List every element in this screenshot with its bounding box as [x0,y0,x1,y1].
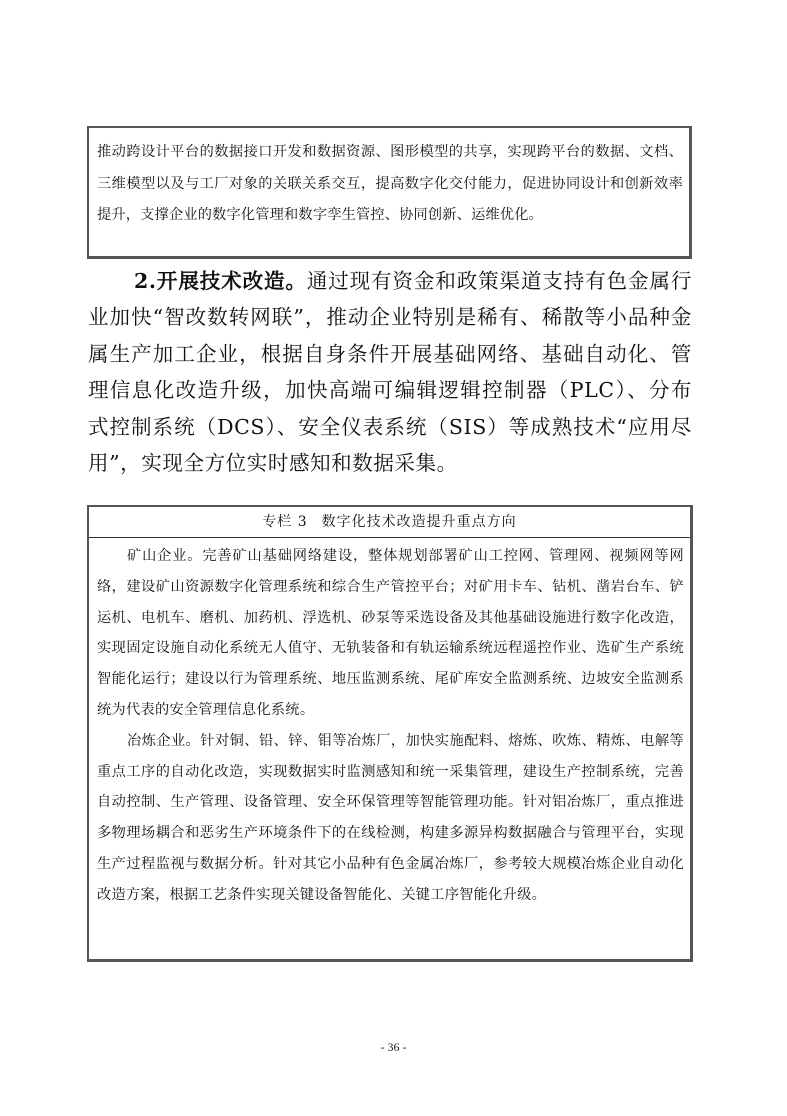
column-paragraph-smelting: 冶炼企业。针对铜、铅、锌、钼等冶炼厂，加快实施配料、熔炼、吹炼、精炼、电解等重点… [97,726,684,911]
column-label: 专栏 3 [262,514,307,530]
continued-box-text: 推动跨设计平台的数据接口开发和数据资源、图形模型的共享，实现跨平台的数据、文档、… [89,128,689,232]
column-box: 专栏 3数字化技术改造提升重点方向 矿山企业。完善矿山基础网络建设，整体规划部署… [87,505,693,962]
column-box-header: 专栏 3数字化技术改造提升重点方向 [89,507,690,538]
section-body-text: 通过现有资金和政策渠道支持有色金属行业加快“智改数转网联”，推动企业特别是稀有、… [88,269,692,475]
column-paragraph-mining: 矿山企业。完善矿山基础网络建设，整体规划部署矿山工控网、管理网、视频网等网络，建… [97,541,684,726]
section-paragraph: 2.开展技术改造。通过现有资金和政策渠道支持有色金属行业加快“智改数转网联”，推… [88,263,692,481]
continued-text-box: 推动跨设计平台的数据接口开发和数据资源、图形模型的共享，实现跨平台的数据、文档、… [87,126,692,259]
page-number: - 36 - [0,1040,787,1055]
column-box-content: 矿山企业。完善矿山基础网络建设，整体规划部署矿山工控网、管理网、视频网等网络，建… [89,538,690,911]
column-title: 数字化技术改造提升重点方向 [322,514,517,530]
section-heading: 2.开展技术改造。 [134,269,307,293]
